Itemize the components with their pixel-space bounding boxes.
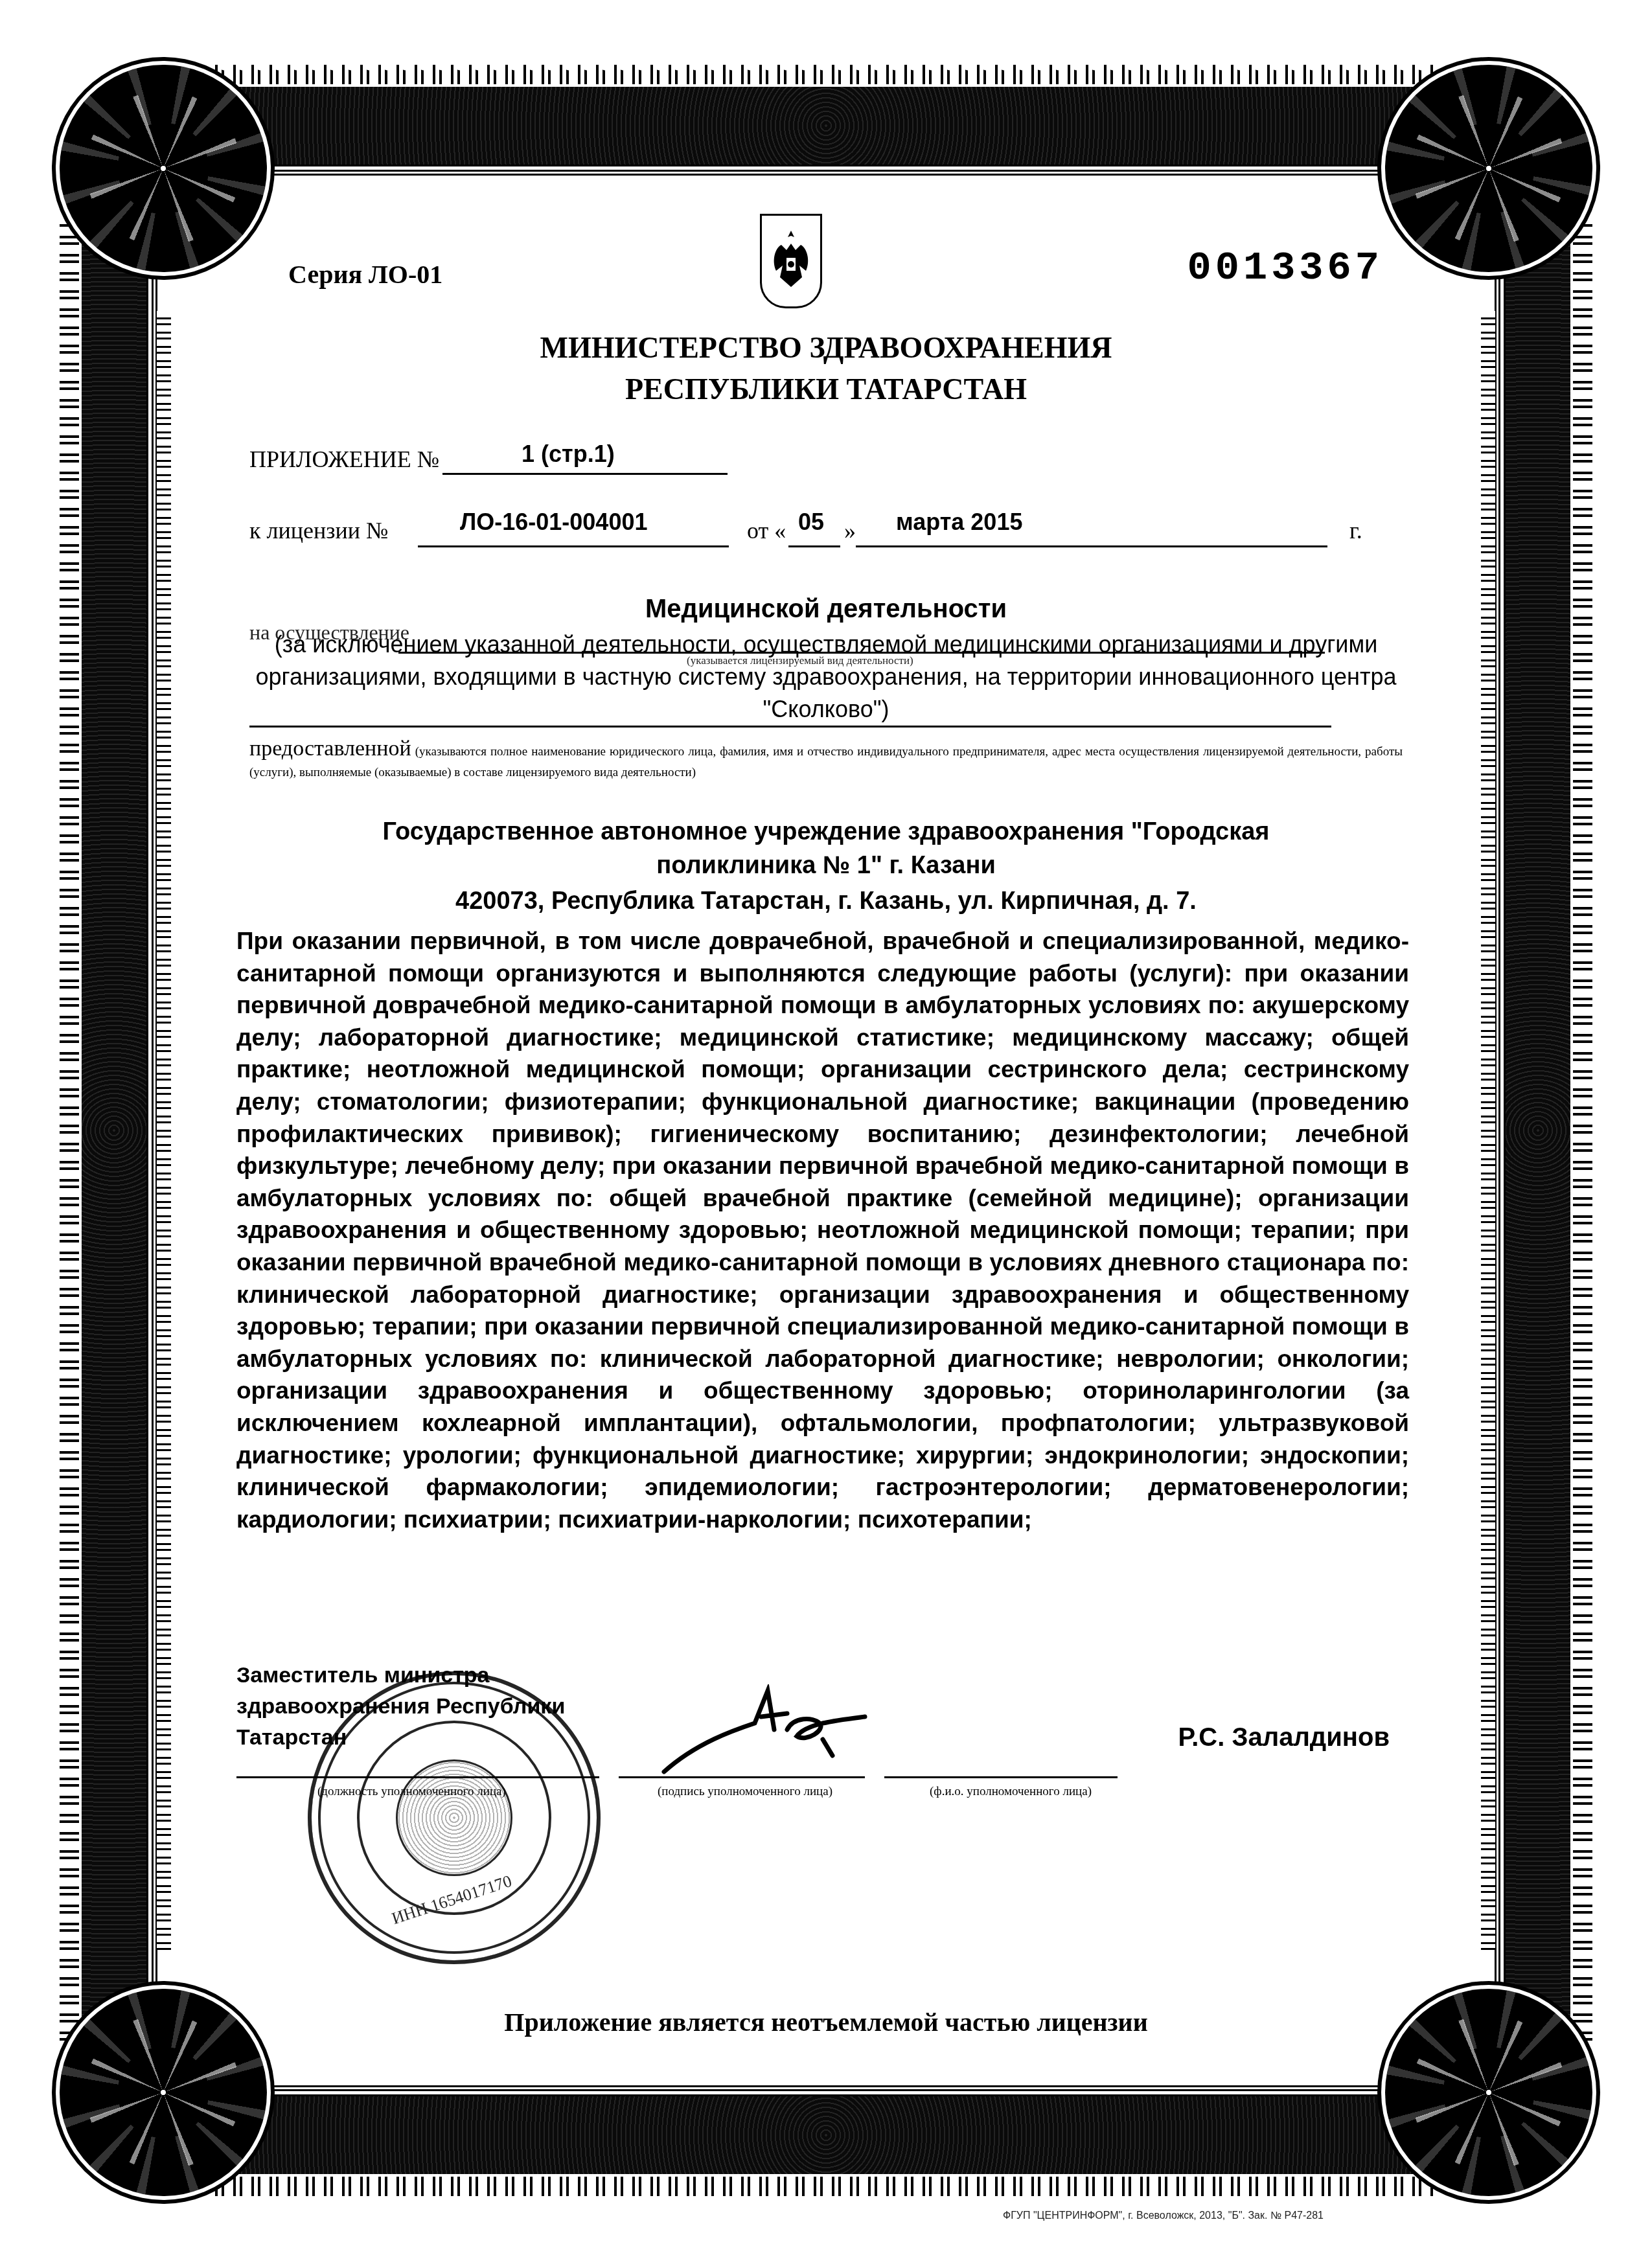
signature-line [619, 1776, 865, 1778]
signatory-name: Р.С. Залалдинов [1178, 1723, 1390, 1752]
coat-of-arms-icon [760, 214, 822, 308]
ministry-title-line2: РЕСПУБЛИКИ ТАТАРСТАН [230, 369, 1422, 410]
signatory-position-line1: Заместитель министра [236, 1660, 565, 1691]
granted-hint: предоставленной (указываются полное наим… [249, 739, 1403, 783]
organization-address: 420073, Республика Татарстан, г. Казань,… [230, 888, 1422, 915]
license-number-line [418, 545, 729, 547]
series-label: Серия ЛО-01 [288, 259, 442, 290]
license-label: к лицензии № [249, 517, 388, 544]
license-day: 05 [798, 509, 824, 536]
serial-number: 0013367 [1187, 245, 1383, 291]
license-month-line [856, 545, 1327, 547]
border-inner-lace-right [1481, 311, 1495, 1950]
border-band-right [1506, 214, 1570, 2047]
position-line [236, 1776, 599, 1778]
granted-hint-text: (указываются полное наименование юридиче… [249, 745, 1403, 779]
license-appendix-page: Серия ЛО-01 0013367 МИНИСТЕРСТВО ЗДРАВОО… [230, 214, 1422, 2067]
activity-bottom-line [249, 726, 1331, 727]
name-line [884, 1776, 1118, 1778]
ministry-title: МИНИСТЕРСТВО ЗДРАВООХРАНЕНИЯ РЕСПУБЛИКИ … [230, 327, 1422, 410]
handwritten-signature-icon [658, 1684, 891, 1781]
granted-label: предоставленной [249, 737, 411, 761]
appendix-integral-note: Приложение является неотъемлемой частью … [230, 2007, 1422, 2037]
services-list: При оказании первичной, в том числе довр… [236, 925, 1409, 1535]
border-lace-right [1573, 220, 1592, 2041]
printer-imprint: ФГУП "ЦЕНТРИНФОРМ", г. Всеволожск, 2013,… [1003, 2210, 1324, 2222]
activity-exclusion-note: (за исключением указанной деятельности, … [236, 628, 1416, 726]
organization-name: Государственное автономное учреждение зд… [230, 815, 1422, 882]
border-band-left [82, 214, 146, 2047]
ministry-title-line1: МИНИСТЕРСТВО ЗДРАВООХРАНЕНИЯ [230, 327, 1422, 369]
license-year-suffix: г. [1349, 517, 1362, 544]
license-day-line [788, 545, 840, 547]
license-from-label: от « [747, 517, 786, 544]
license-from-close: » [844, 517, 856, 544]
license-month-year: марта 2015 [896, 509, 1022, 536]
border-lace-left [60, 220, 79, 2041]
appendix-label: ПРИЛОЖЕНИЕ № [249, 446, 439, 473]
license-number: ЛО-16-01-004001 [460, 509, 647, 536]
border-lace-bottom [215, 2177, 1437, 2196]
border-band-top [209, 87, 1443, 165]
border-inner-lace-left [157, 311, 171, 1950]
appendix-number: 1 (стр.1) [522, 441, 615, 468]
activity-title: Медицинской деятельности [230, 595, 1422, 624]
signatory-position-line2: здравоохранения Республики [236, 1691, 565, 1722]
signatory-position-line3: Татарстан [236, 1722, 565, 1753]
signatory-position: Заместитель министра здравоохранения Рес… [236, 1660, 565, 1753]
border-band-bottom [209, 2096, 1443, 2174]
caption-position: (должность уполномоченного лица) [317, 1785, 506, 1799]
caption-signature: (подпись уполномоченного лица) [658, 1785, 832, 1799]
caption-name: (ф.и.о. уполномоченного лица) [930, 1785, 1092, 1799]
appendix-number-line [442, 473, 728, 475]
border-lace-top [215, 65, 1437, 84]
